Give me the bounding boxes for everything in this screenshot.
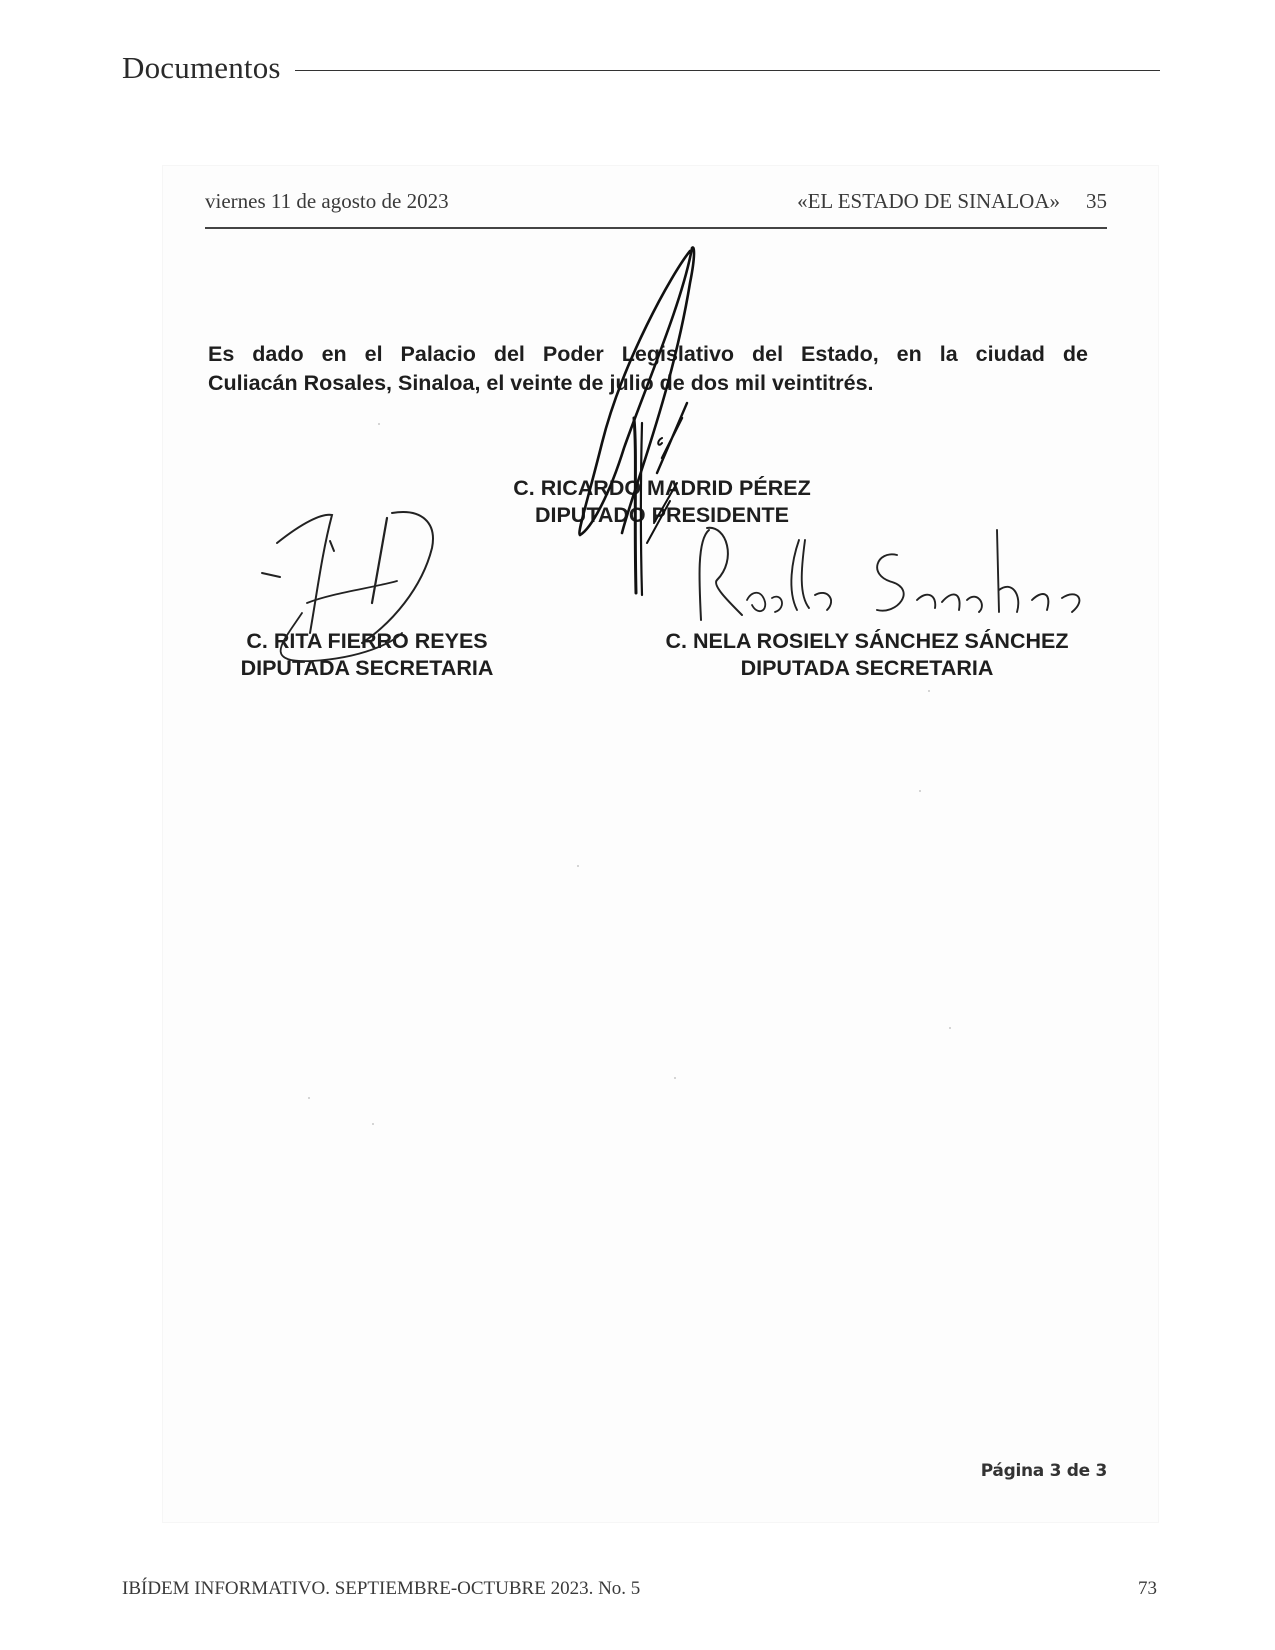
scan-speck (674, 1077, 676, 1079)
scan-speck (378, 423, 380, 425)
scan-speck (577, 865, 579, 867)
signatory-name: C. NELA ROSIELY SÁNCHEZ SÁNCHEZ (622, 628, 1112, 655)
decree-closing-text: Es dado en el Palacio del Poder Legislat… (208, 340, 1088, 398)
signatory-role: DIPUTADA SECRETARIA (622, 655, 1112, 682)
journal-citation: IBÍDEM INFORMATIVO. SEPTIEMBRE-OCTUBRE 2… (122, 1578, 640, 1600)
signature-secretary-right-icon (687, 520, 1107, 630)
journal-page-number: 73 (1138, 1578, 1157, 1600)
gazette-masthead: «EL ESTADO DE SINALOA» 35 (797, 189, 1107, 214)
gazette-rule (205, 227, 1107, 229)
section-header: Documentos (122, 48, 1160, 88)
gazette-header: viernes 11 de agosto de 2023 «EL ESTADO … (205, 189, 1107, 214)
scan-speck (372, 1123, 374, 1125)
decree-text-line-2: Culiacán Rosales, Sinaloa, el veinte de … (208, 371, 874, 395)
section-title: Documentos (122, 50, 281, 86)
scanned-gazette-page: viernes 11 de agosto de 2023 «EL ESTADO … (162, 165, 1159, 1523)
signatory-secretary-left: C. RITA FIERRO REYES DIPUTADA SECRETARIA (202, 628, 532, 682)
scan-speck (308, 1097, 310, 1099)
signatory-role: DIPUTADO PRESIDENTE (462, 502, 862, 529)
signature-president-icon (562, 243, 742, 603)
gazette-date: viernes 11 de agosto de 2023 (205, 189, 449, 214)
scan-speck (928, 690, 930, 692)
signatory-name: C. RICARDO MADRID PÉREZ (462, 475, 862, 502)
gazette-publication: «EL ESTADO DE SINALOA» (797, 189, 1060, 214)
scan-speck (949, 1027, 951, 1029)
decree-text-line-1: Es dado en el Palacio del Poder Legislat… (208, 340, 1088, 369)
scan-speck (919, 790, 921, 792)
journal-footer: IBÍDEM INFORMATIVO. SEPTIEMBRE-OCTUBRE 2… (122, 1578, 1157, 1600)
signatory-president: C. RICARDO MADRID PÉREZ DIPUTADO PRESIDE… (462, 475, 862, 529)
signatory-secretary-right: C. NELA ROSIELY SÁNCHEZ SÁNCHEZ DIPUTADA… (622, 628, 1112, 682)
signatory-role: DIPUTADA SECRETARIA (202, 655, 532, 682)
signatory-name: C. RITA FIERRO REYES (202, 628, 532, 655)
scan-page-label: Página 3 de 3 (981, 1461, 1107, 1481)
gazette-page-number: 35 (1086, 189, 1107, 214)
section-rule (295, 70, 1160, 71)
